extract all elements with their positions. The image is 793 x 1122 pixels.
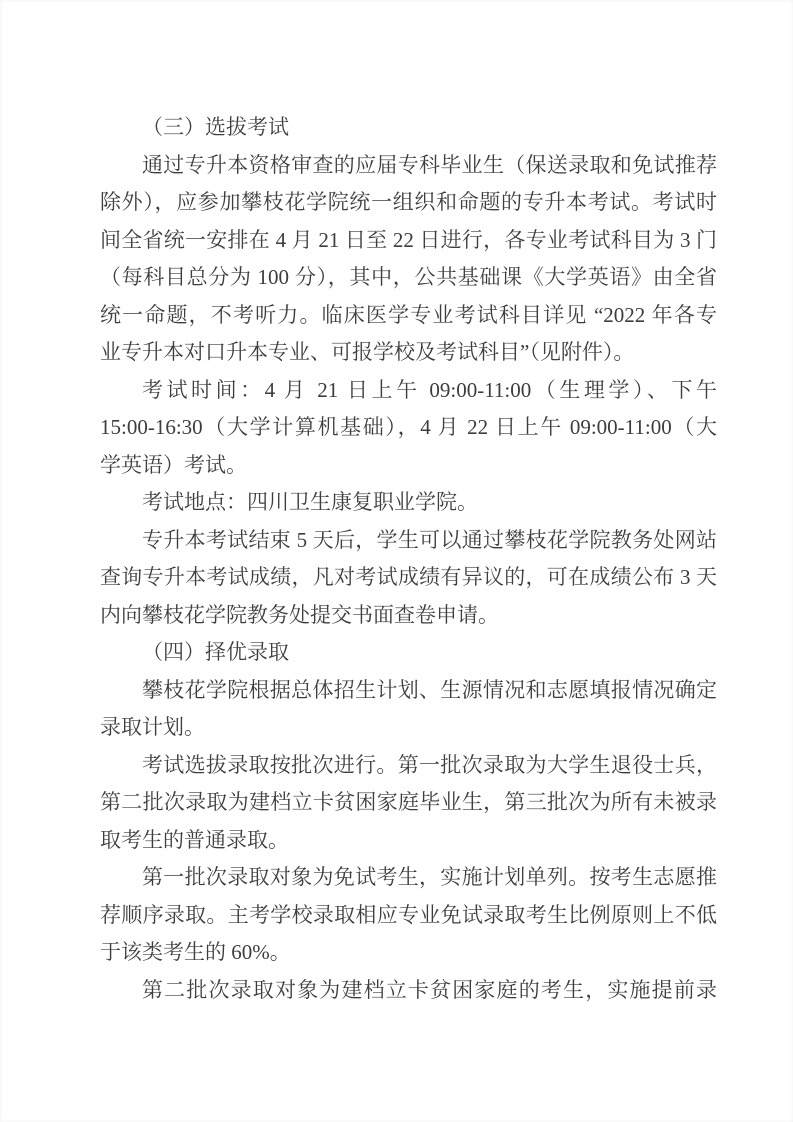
- text-line: 通过专升本资格审查的应届专科毕业生（保送录取和免试推荐: [100, 147, 717, 185]
- document-page: （三）选拔考试 通过专升本资格审查的应届专科毕业生（保送录取和免试推荐 除外），…: [0, 0, 793, 1122]
- text-line: 于该类考生的 60%。: [100, 934, 717, 972]
- section-heading-4-merit-admission: （四）择优录取: [100, 634, 717, 672]
- text-line: 攀枝花学院根据总体招生计划、生源情况和志愿填报情况确定: [100, 672, 717, 710]
- text-line: 第二批次录取对象为建档立卡贫困家庭的考生，实施提前录: [100, 972, 717, 1010]
- text-line: 统一命题，不考听力。临床医学专业考试科目详见 “2022 年各专: [100, 297, 717, 335]
- text-line: 间全省统一安排在 4 月 21 日至 22 日进行，各专业考试科目为 3 门: [100, 222, 717, 260]
- text-line: 除外），应参加攀枝花学院统一组织和命题的专升本考试。考试时: [100, 184, 717, 222]
- text-line: 15:00-16:30（大学计算机基础），4 月 22 日上午 09:00-11…: [100, 409, 717, 447]
- text-line-exam-location: 考试地点：四川卫生康复职业学院。: [100, 484, 717, 522]
- text-line: 录取计划。: [100, 709, 717, 747]
- text-line: 查询专升本考试成绩，凡对考试成绩有异议的，可在成绩公布 3 天: [100, 559, 717, 597]
- text-line: 业专升本对口升本专业、可报学校及考试科目”（见附件）。: [100, 334, 717, 372]
- text-line: 学英语）考试。: [100, 447, 717, 485]
- section-heading-3-selection-exam: （三）选拔考试: [100, 109, 717, 147]
- text-line: 取考生的普通录取。: [100, 822, 717, 860]
- text-line: 荐顺序录取。主考学校录取相应专业免试录取考生比例原则上不低: [100, 897, 717, 935]
- text-line-exam-time: 考试时间：4 月 21 日上午 09:00-11:00（生理学）、下午: [100, 372, 717, 410]
- text-line: 第一批次录取对象为免试考生，实施计划单列。按考生志愿推: [100, 859, 717, 897]
- text-block: （三）选拔考试 通过专升本资格审查的应届专科毕业生（保送录取和免试推荐 除外），…: [100, 109, 717, 1009]
- text-line: 第二批次录取为建档立卡贫困家庭毕业生，第三批次为所有未被录: [100, 784, 717, 822]
- text-line: 考试选拔录取按批次进行。第一批次录取为大学生退役士兵，: [100, 747, 717, 785]
- text-line: 专升本考试结束 5 天后，学生可以通过攀枝花学院教务处网站: [100, 522, 717, 560]
- text-line: 内向攀枝花学院教务处提交书面查卷申请。: [100, 597, 717, 635]
- text-line: （每科目总分为 100 分），其中，公共基础课《大学英语》由全省: [100, 259, 717, 297]
